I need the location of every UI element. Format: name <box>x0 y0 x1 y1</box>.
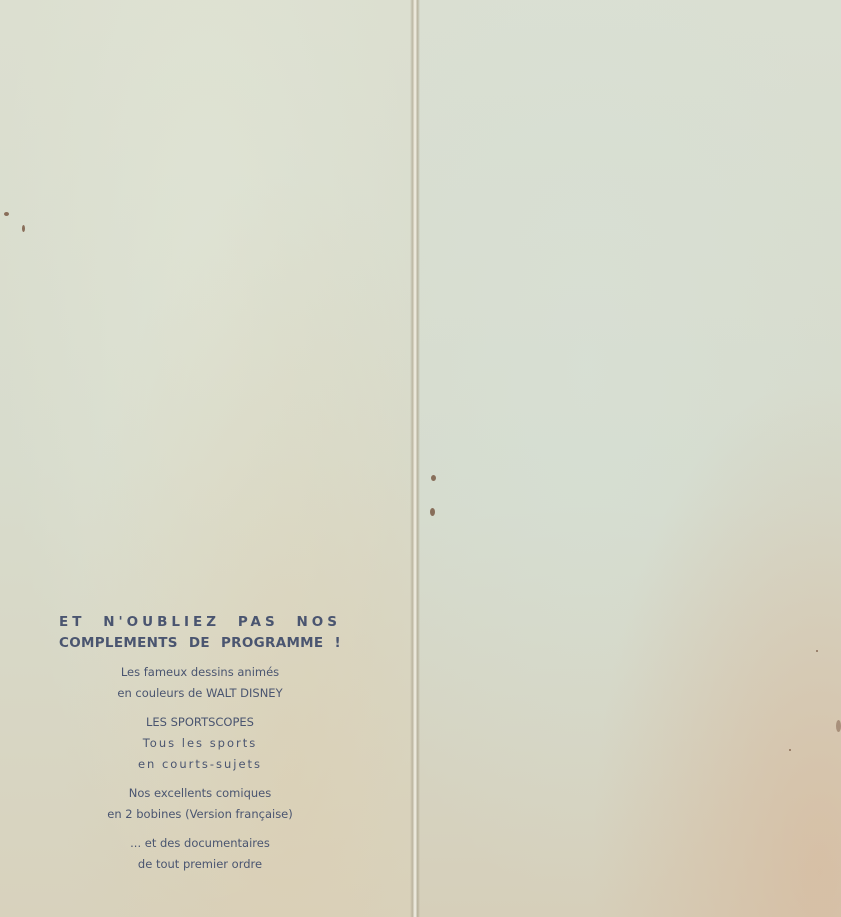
foxing-spot <box>789 749 791 751</box>
foxing-spot <box>836 720 841 732</box>
headline: ET N'OUBLIEZ PAS NOS COMPLEMENTS DE PROG… <box>59 612 341 654</box>
item-sportscopes-line-3: en courts-sujets <box>50 754 350 775</box>
foxing-spot <box>431 475 436 481</box>
item-comedies-line-2: en 2 bobines (Version française) <box>50 804 350 825</box>
right-page <box>417 0 841 917</box>
complements-list: Les fameux dessins animés en couleurs de… <box>50 662 350 875</box>
headline-line-2: COMPLEMENTS DE PROGRAMME ! <box>59 633 341 654</box>
item-documentaries-line-2: de tout premier ordre <box>50 854 350 875</box>
item-disney-line-1: Les fameux dessins animés <box>50 662 350 683</box>
item-disney-line-2: en couleurs de WALT DISNEY <box>50 683 350 704</box>
item-documentaries-line-1: ... et des documentaires <box>50 833 350 854</box>
headline-line-1: ET N'OUBLIEZ PAS NOS <box>59 612 341 633</box>
item-sportscopes-title: LES SPORTSCOPES <box>50 712 350 733</box>
foxing-spot <box>430 508 435 516</box>
item-comedies-line-1: Nos excellents comiques <box>50 783 350 804</box>
foxing-spot <box>816 650 818 652</box>
program-complements-block: ET N'OUBLIEZ PAS NOS COMPLEMENTS DE PROG… <box>50 612 350 875</box>
item-sportscopes-line-2: Tous les sports <box>50 733 350 754</box>
center-fold <box>410 0 420 917</box>
foxing-spot <box>22 225 25 232</box>
foxing-spot <box>4 212 9 216</box>
